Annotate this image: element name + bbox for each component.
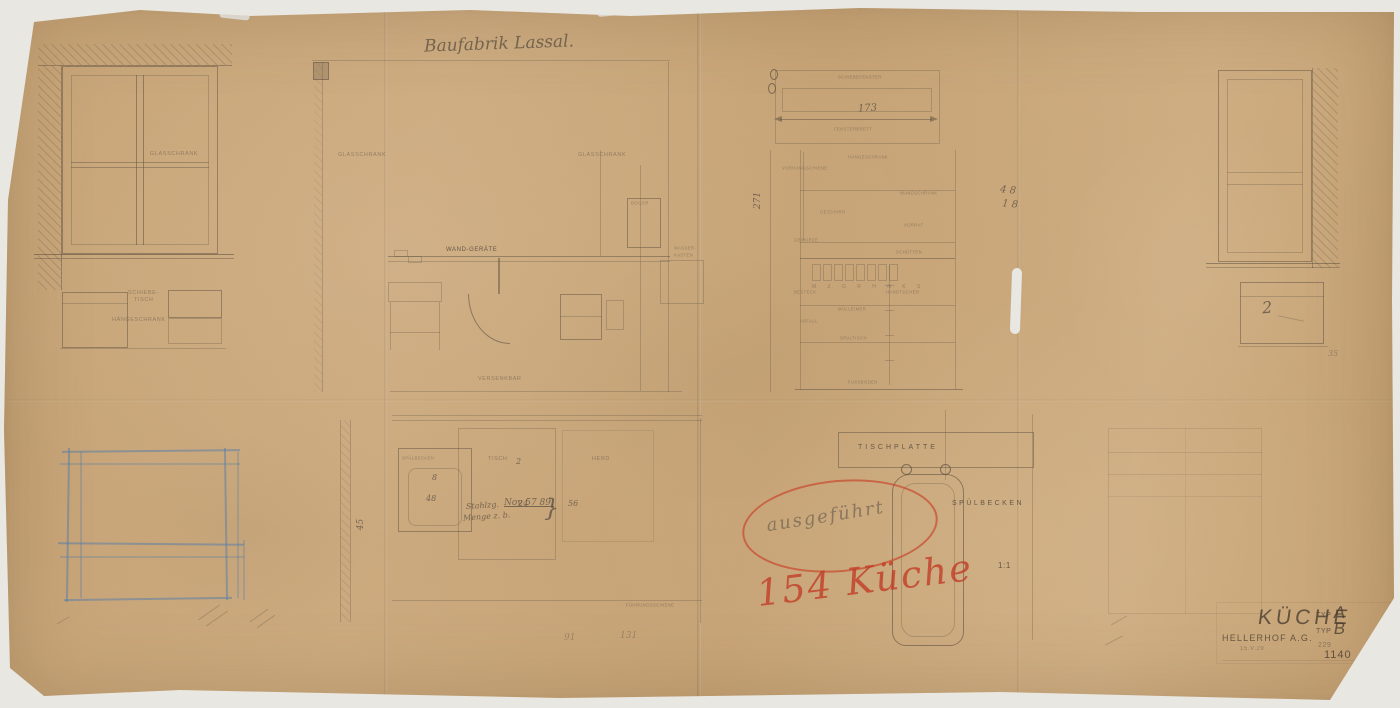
shelf-step (408, 256, 422, 263)
label-spuelbecken-plan: SPÜLBECKEN (402, 457, 434, 461)
window-sill (34, 254, 234, 259)
dimension-arrow (930, 116, 938, 122)
schuette-bin (856, 264, 865, 281)
console-bracket (468, 294, 510, 344)
counter-line (800, 258, 955, 259)
fold-line (1017, 8, 1020, 696)
floor-line (390, 391, 682, 392)
pencil-line (560, 316, 602, 317)
firm-name: HELLERHOF A.G. (1222, 634, 1313, 643)
fraction-scribble: 1 8 (1002, 199, 1019, 211)
handwritten-number: 2 (1261, 300, 1273, 317)
pencil-line (600, 150, 601, 256)
schuetten-letters: M Z G R H N K S (812, 285, 925, 290)
wall-line (770, 150, 771, 392)
pencil-line (392, 415, 702, 416)
label-tisch: TISCH (134, 298, 154, 304)
pencil-line (392, 600, 702, 601)
window-mullion (136, 75, 144, 245)
wall-hatch (38, 44, 232, 66)
typ-label-1: TYP (1316, 612, 1331, 619)
schuette-bin (878, 264, 887, 281)
pencil-scribble (57, 617, 70, 625)
small-table (388, 282, 442, 302)
cabinet (560, 294, 602, 340)
label-besteck: BESTECK (794, 291, 816, 295)
blue-stroke (58, 542, 244, 546)
pencil-line (800, 242, 955, 243)
label-herd-plan: HERD (592, 457, 610, 463)
plan-number: 8 (432, 474, 437, 482)
label-spuelbecken-detail: SPÜLBECKEN (952, 500, 1024, 507)
under-window-cabinet (168, 290, 222, 318)
label-geschirr: GESCHIRR (820, 211, 845, 215)
pencil-line (1032, 414, 1033, 640)
pencil-scribble (206, 611, 228, 627)
window-bar (1227, 172, 1303, 173)
paper-tear (1010, 268, 1022, 334)
date: 15.V.29 (1240, 646, 1264, 652)
wall-hatch (341, 420, 350, 622)
label-spueltisch: SPÜLTISCH (840, 337, 867, 341)
typ-label-2: TYP (1316, 628, 1331, 635)
schuette-bin (823, 264, 832, 281)
dimension-line-vertical (803, 152, 804, 240)
plan-number: 2 (516, 458, 521, 466)
pencil-line (392, 420, 702, 421)
table-stretcher (390, 332, 440, 333)
label-fussboden: FUSSBODEN (848, 381, 878, 385)
drawing-number: 229 (1318, 642, 1331, 649)
pencil-line (62, 303, 128, 304)
window-sill (1206, 263, 1340, 268)
pencil-line (640, 165, 641, 391)
title-block-rule (1222, 660, 1372, 661)
window-bar (1227, 184, 1303, 185)
table-leg (390, 302, 391, 350)
dimension-line (780, 119, 932, 120)
plan-number: 56 (568, 500, 578, 508)
stove-plan-box (562, 430, 654, 542)
label-schiebe: SCHIEBE- (128, 291, 159, 297)
label-haengeschrank: HÄNGESCHRANK (112, 318, 166, 324)
table-plan-box (458, 428, 556, 560)
plan-number: 48 (426, 495, 436, 503)
wall-hatch (314, 62, 322, 392)
pencil-line (800, 342, 955, 343)
blue-stroke (60, 556, 244, 558)
dimension-tick (885, 360, 894, 361)
pencil-line (800, 305, 955, 306)
window-inner-frame (1227, 79, 1303, 253)
label-vorrat: VORRAT (904, 224, 924, 228)
note-bracket: } (544, 496, 559, 520)
label-tisch-plan: TISCH (488, 457, 508, 463)
pencil-line (1240, 296, 1324, 297)
label-wand-geraete: WAND-GERÄTE (446, 247, 497, 253)
sketch-line (1185, 428, 1186, 614)
blue-stroke (237, 452, 239, 598)
dimension-value: 271 (754, 192, 763, 209)
dimension-chain (889, 265, 890, 385)
blue-stroke (66, 448, 70, 602)
dimension-arrow (774, 116, 782, 122)
cabinet (1240, 282, 1324, 344)
bracket-stem (498, 258, 500, 294)
label-handtuecher: HANDTÜCHER (886, 291, 919, 295)
cabinet-small (606, 300, 624, 330)
label-fensterbrett: FENSTERBRETT (834, 128, 872, 132)
floor-line (1238, 346, 1328, 347)
blue-stroke (243, 540, 245, 600)
label-versenkbar: VERSENKBAR (478, 377, 522, 383)
schuette-bin (812, 264, 821, 281)
under-window-cabinet (168, 318, 222, 344)
blue-stroke (64, 597, 232, 601)
window-transom (71, 162, 209, 168)
dimension-tick (885, 310, 894, 311)
dimension-value: 173 (858, 104, 878, 115)
pencil-scribble (257, 615, 276, 628)
dimension-tick (885, 335, 894, 336)
wall-line (350, 420, 351, 622)
handwritten-title: Baufabrik Lassal. (424, 33, 575, 55)
dimension-tick (885, 285, 894, 286)
scale-label: 1:1 (998, 562, 1011, 570)
pencil-scribble (1105, 635, 1123, 645)
counter-line (388, 256, 670, 257)
floor-line (795, 389, 963, 390)
handwritten-dimension: 45 (357, 519, 366, 530)
label-kasten: KASTEN (674, 254, 693, 258)
label-vorhangschiene: VORHANGSCHIENE (782, 167, 828, 171)
label-schuetten: SCHÜTTEN (896, 251, 922, 255)
label-abfall: ABFALL (800, 320, 818, 324)
label-gewuerze: GEWÜRZE (794, 239, 818, 243)
label-wandschrank: WANDSCHRANK (900, 192, 938, 196)
counter-line (388, 261, 670, 262)
schuette-bin (889, 264, 898, 281)
fold-line (6, 399, 1394, 402)
label-tischplatte: TISCHPLATTE (858, 444, 938, 451)
shelf-step (394, 250, 408, 257)
blue-stroke (224, 448, 228, 600)
wall-line (322, 62, 323, 392)
pencil-line (312, 60, 670, 61)
drawing-sheet: Baufabrik Lassal. GLASSCHRANK SCHIEBE- T… (0, 0, 1400, 708)
pencil-scribble (1111, 616, 1127, 626)
schuette-bin (845, 264, 854, 281)
wall-line (700, 418, 701, 623)
blue-stroke (62, 449, 240, 453)
wall-hatch (1312, 68, 1338, 268)
fraction-scribble: 4 8 (1000, 185, 1017, 197)
schuette-bin (834, 264, 843, 281)
label-glasschrank: GLASSCHRANK (338, 153, 386, 159)
faint-number: 91 (564, 634, 575, 643)
schuette-bin (867, 264, 876, 281)
fold-line (384, 8, 387, 696)
pencil-line (955, 150, 956, 390)
paper-tear (219, 2, 250, 20)
blue-stroke (80, 452, 82, 598)
label-muelleimer: MÜLLEIMER (838, 308, 866, 312)
label-fuehrungsschiene: FÜHRUNGSSCHIENE (626, 604, 674, 608)
wall-line (668, 62, 669, 392)
faint-number: 131 (620, 632, 637, 641)
pencil-line (800, 150, 801, 390)
label-glasschrank: GLASSCHRANK (150, 152, 198, 158)
label-haengeschrank: HÄNGESCHRANK (848, 156, 888, 160)
floor-line (60, 348, 226, 349)
paper-tear (597, 0, 644, 17)
label-schiebefenster: SCHIEBEFENSTER (838, 76, 882, 80)
wasserkasten-box (660, 260, 704, 304)
handwritten-number: 35 (1328, 350, 1338, 358)
blue-stroke (60, 463, 240, 465)
label-glasschrank: GLASSCHRANK (578, 153, 626, 159)
table-leg (439, 302, 440, 350)
label-wasser: WASSER- (674, 247, 696, 251)
